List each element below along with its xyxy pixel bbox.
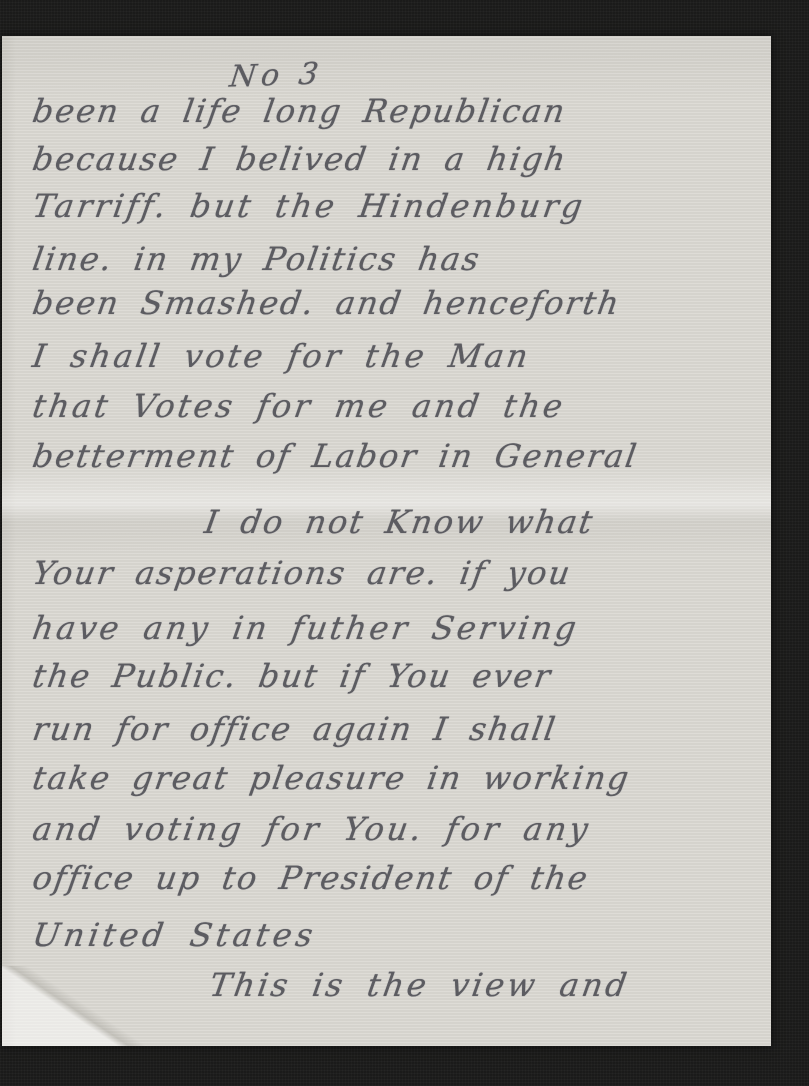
scan-background: No 3 been a life long Republican because…	[0, 0, 809, 1086]
handwritten-line: I do not Know what	[202, 503, 597, 541]
page-number: No 3	[228, 56, 326, 94]
paper-fold-bottom-left	[2, 966, 172, 1046]
handwritten-line: have any in futher Serving	[30, 609, 582, 647]
handwritten-line: run for office again I shall	[30, 710, 560, 748]
handwritten-line: betterment of Labor in General	[30, 437, 641, 475]
handwritten-line: Tarriff. but the Hindenburg	[30, 187, 588, 225]
handwritten-line: that Votes for me and the	[30, 387, 568, 425]
handwritten-line: This is the view and	[207, 966, 632, 1004]
letter-page: No 3 been a life long Republican because…	[2, 36, 771, 1046]
handwritten-line: been a life long Republican	[30, 92, 569, 130]
handwritten-line: Your asperations are. if you	[30, 554, 574, 592]
handwritten-line: because I belived in a high	[30, 140, 570, 178]
handwritten-line: and voting for You. for any	[30, 810, 594, 848]
handwritten-line: United States	[30, 916, 319, 954]
handwritten-line: been Smashed. and henceforth	[30, 284, 624, 322]
handwritten-line: line. in my Politics has	[30, 240, 484, 278]
handwritten-line: I shall vote for the Man	[30, 337, 534, 375]
handwritten-line: take great pleasure in working	[30, 759, 633, 797]
handwritten-line: office up to President of the	[30, 859, 592, 897]
handwritten-line: the Public. but if You ever	[30, 657, 555, 695]
